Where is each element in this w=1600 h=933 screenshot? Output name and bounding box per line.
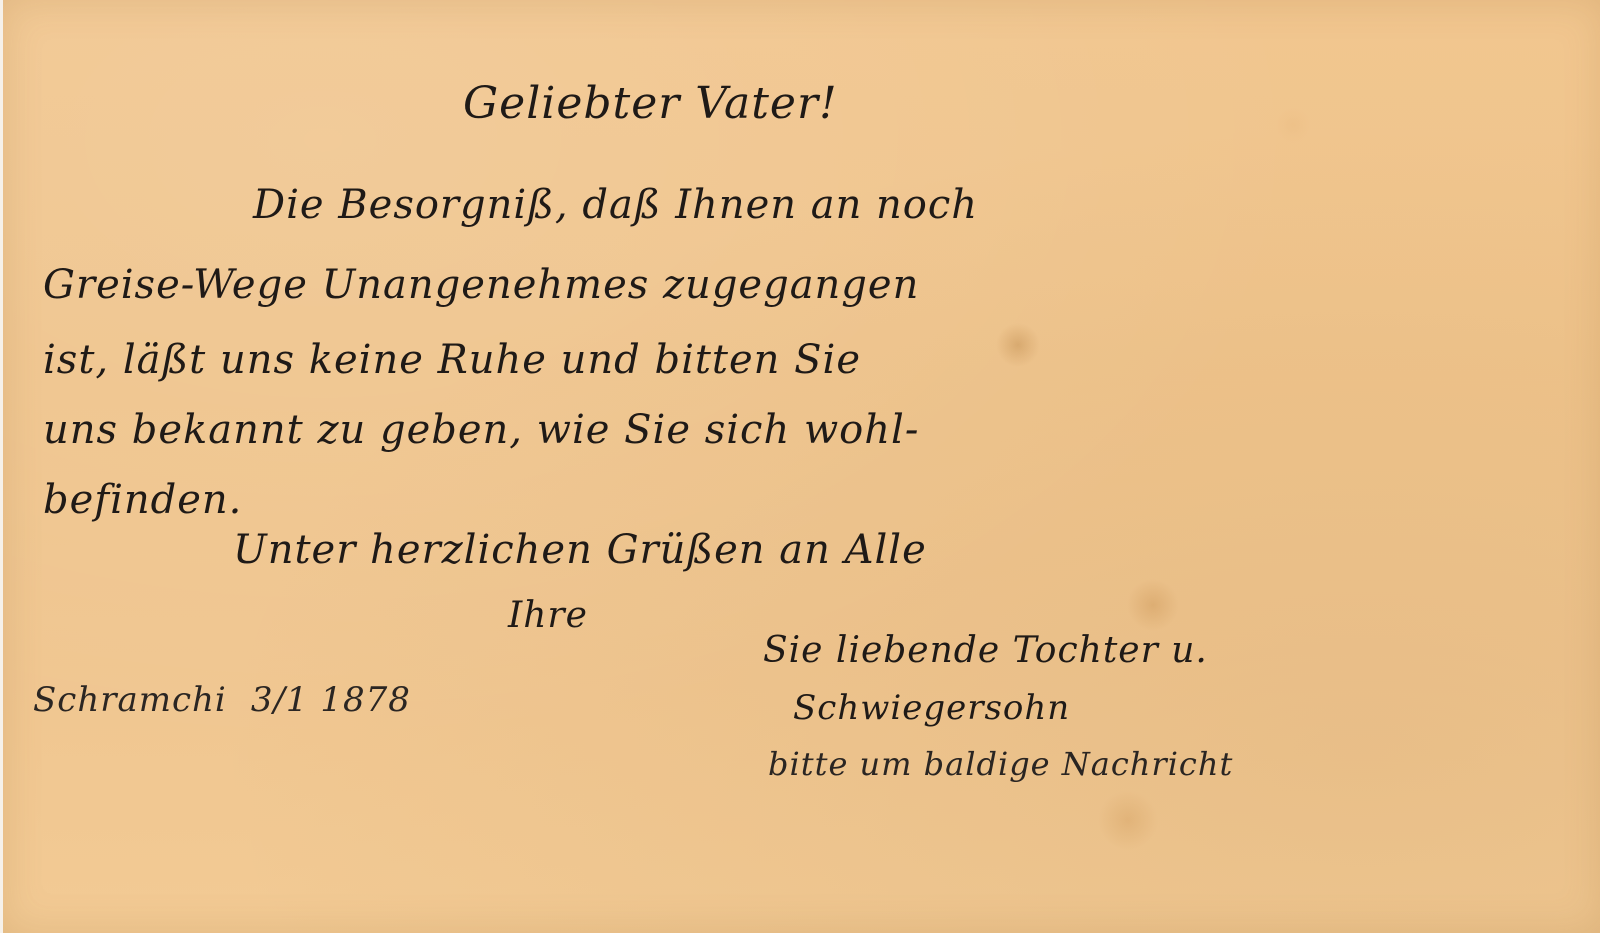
body-line-5: befinden. xyxy=(43,477,242,523)
date: 3/1 1878 xyxy=(251,680,411,720)
place: Schramchi xyxy=(33,680,227,720)
body-line-6: Unter herzlichen Grüßen an Alle xyxy=(233,527,927,573)
body-line-1: Die Besorgniß, daß Ihnen an noch xyxy=(253,182,978,228)
closing: Ihre xyxy=(508,595,588,636)
body-line-3: ist, läßt uns keine Ruhe und bitten Sie xyxy=(43,337,861,383)
body-line-4: uns bekannt zu geben, wie Sie sich wohl- xyxy=(43,407,919,453)
salutation: Geliebter Vater! xyxy=(463,78,838,129)
postcard: Geliebter Vater! Die Besorgniß, daß Ihne… xyxy=(0,0,1600,933)
signature-line-3: bitte um baldige Nachricht xyxy=(768,745,1233,783)
place-date: Schramchi3/1 1878 xyxy=(33,680,411,720)
signature-line-2: Schwiegersohn xyxy=(793,688,1070,728)
signature-line-1: Sie liebende Tochter u. xyxy=(763,630,1208,671)
body-line-2: Greise-Wege Unangenehmes zugegangen xyxy=(43,262,919,308)
